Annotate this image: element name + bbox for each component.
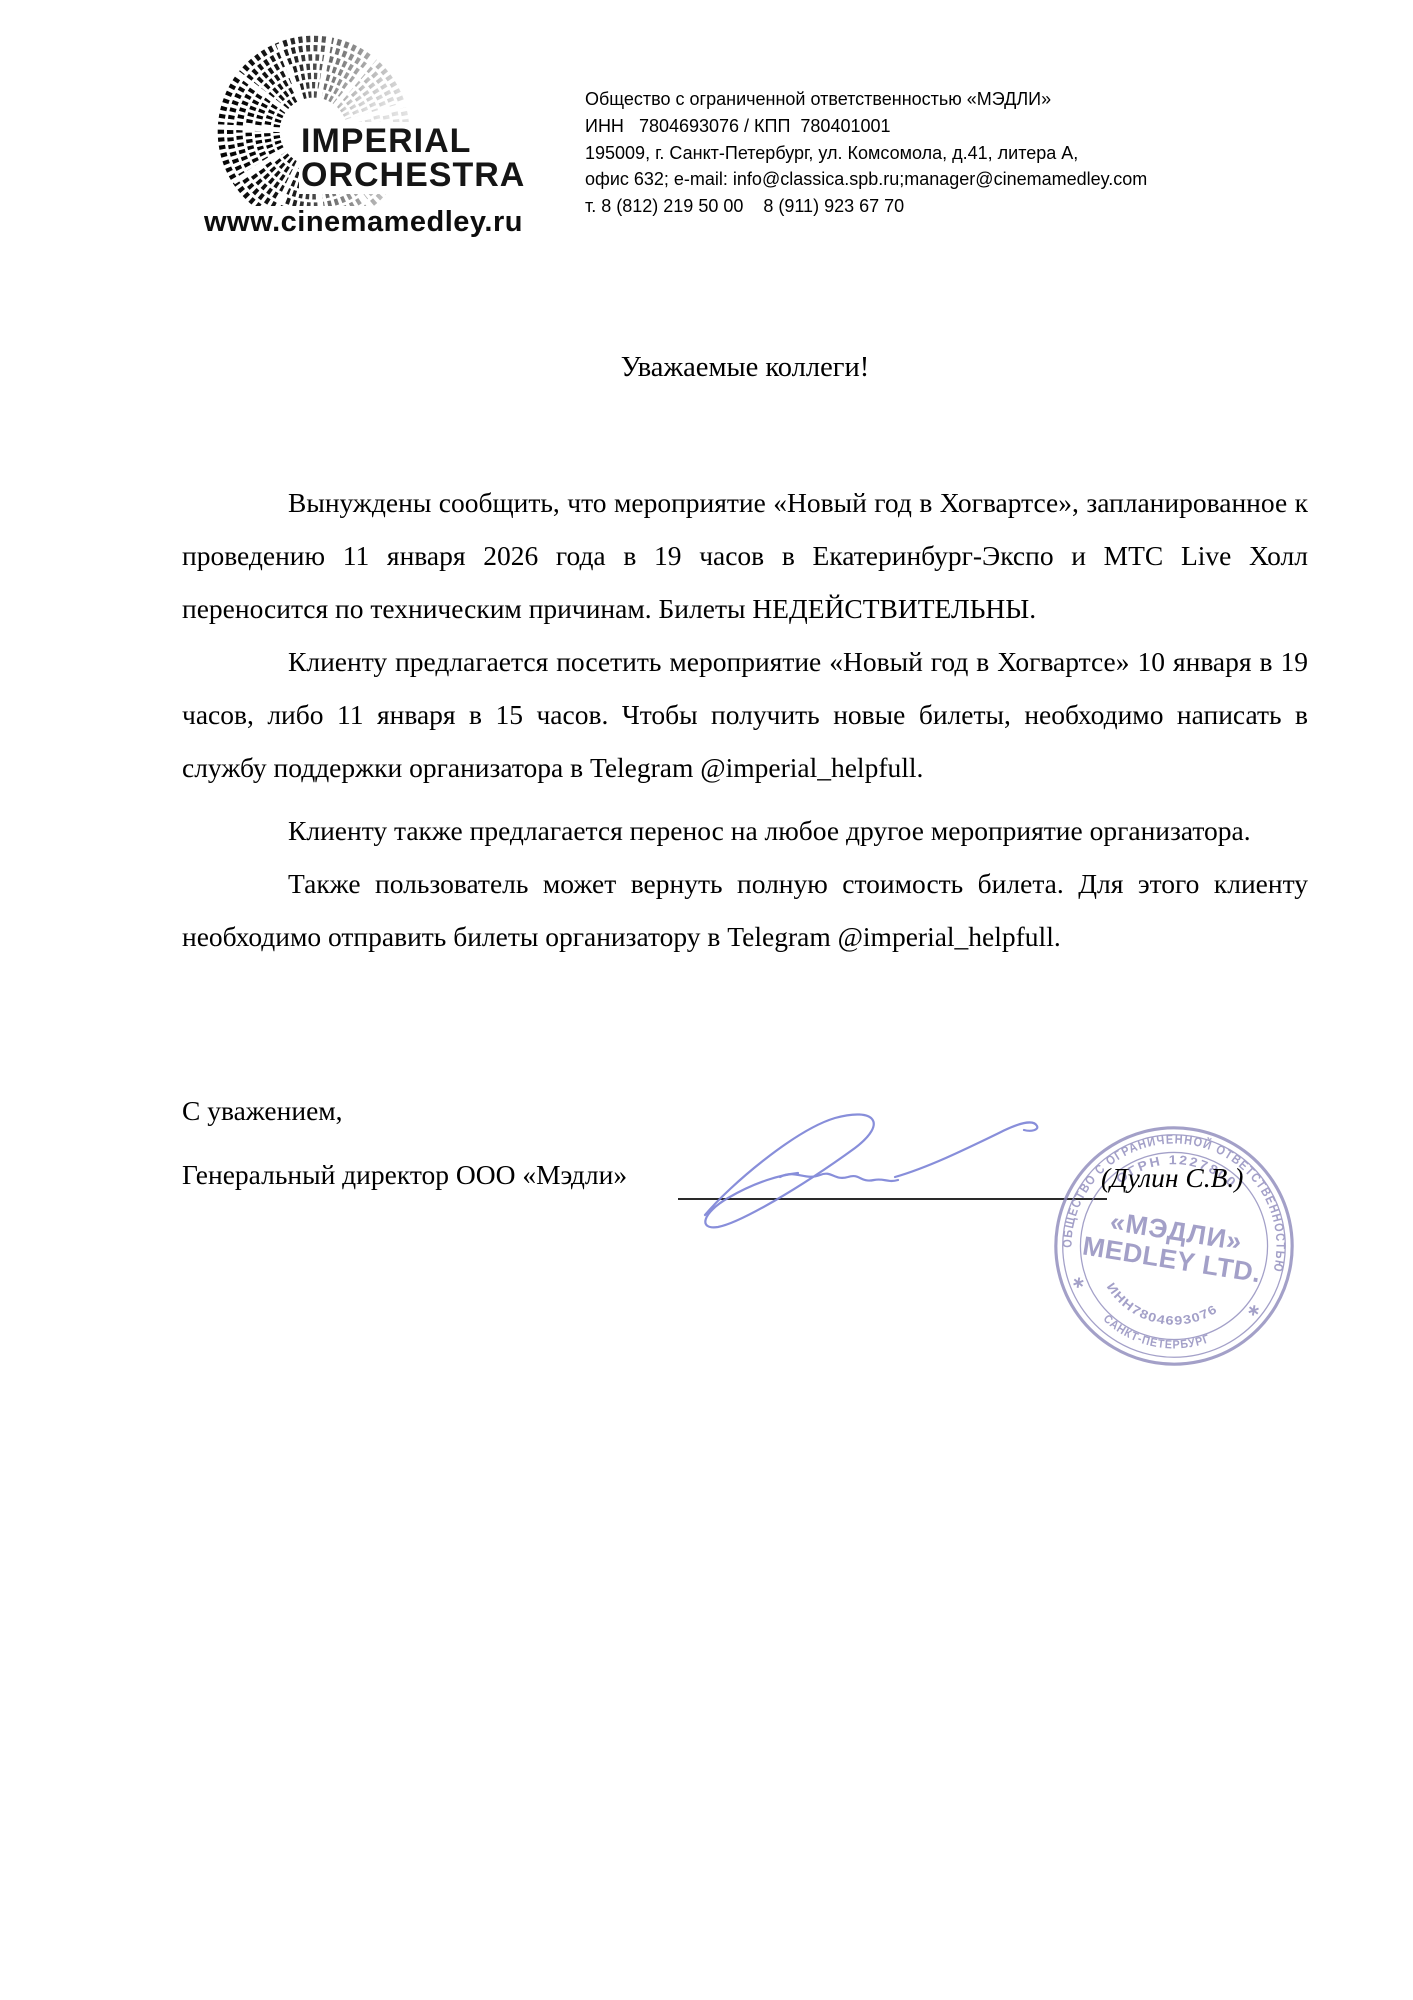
paragraph-new-dates: Клиенту предлагается посетить мероприяти… (182, 635, 1308, 794)
paragraph-cancellation: Вынуждены сообщить, что мероприятие «Нов… (182, 476, 1308, 635)
stamp-star-left-icon: ∗ (1070, 1274, 1086, 1293)
greeting: Уважаемые коллеги! (182, 352, 1308, 384)
company-inn-kpp-line: ИНН 7804693076 / КПП 780401001 (585, 113, 1147, 140)
stamp-star-right-icon: ∗ (1246, 1301, 1262, 1320)
company-stamp: ОБЩЕСТВО С ОГРАНИЧЕННОЙ ОТВЕТСТВЕННОСТЬЮ… (1046, 1118, 1302, 1374)
company-name-line: Общество с ограниченной ответственностью… (585, 86, 1147, 113)
company-info: Общество с ограниченной ответственностью… (585, 86, 1147, 220)
letter-body: Вынуждены сообщить, что мероприятие «Нов… (182, 476, 1308, 963)
website-text: www.cinemamedley.ru (200, 206, 527, 239)
paragraph-refund: Также пользователь может вернуть полную … (182, 857, 1308, 963)
paragraph-transfer: Клиенту также предлагается перенос на лю… (182, 804, 1308, 857)
closing-regards: С уважением, (182, 1095, 343, 1127)
company-address-line: 195009, г. Санкт-Петербург, ул. Комсомол… (585, 140, 1147, 167)
signer-title: Генеральный директор ООО «Мэдли» (182, 1159, 627, 1191)
handwritten-signature-icon (660, 1085, 1050, 1235)
logo-wordmark: IMPERIAL ORCHESTRA (299, 122, 531, 194)
company-phone-line: т. 8 (812) 219 50 00 8 (911) 923 67 70 (585, 193, 1147, 220)
company-email-line: офис 632; e-mail: info@classica.spb.ru;m… (585, 166, 1147, 193)
signer-name: (Дулин С.В.) (1101, 1162, 1243, 1194)
letter-page: IMPERIAL ORCHESTRA www.cinemamedley.ru О… (0, 0, 1413, 2000)
